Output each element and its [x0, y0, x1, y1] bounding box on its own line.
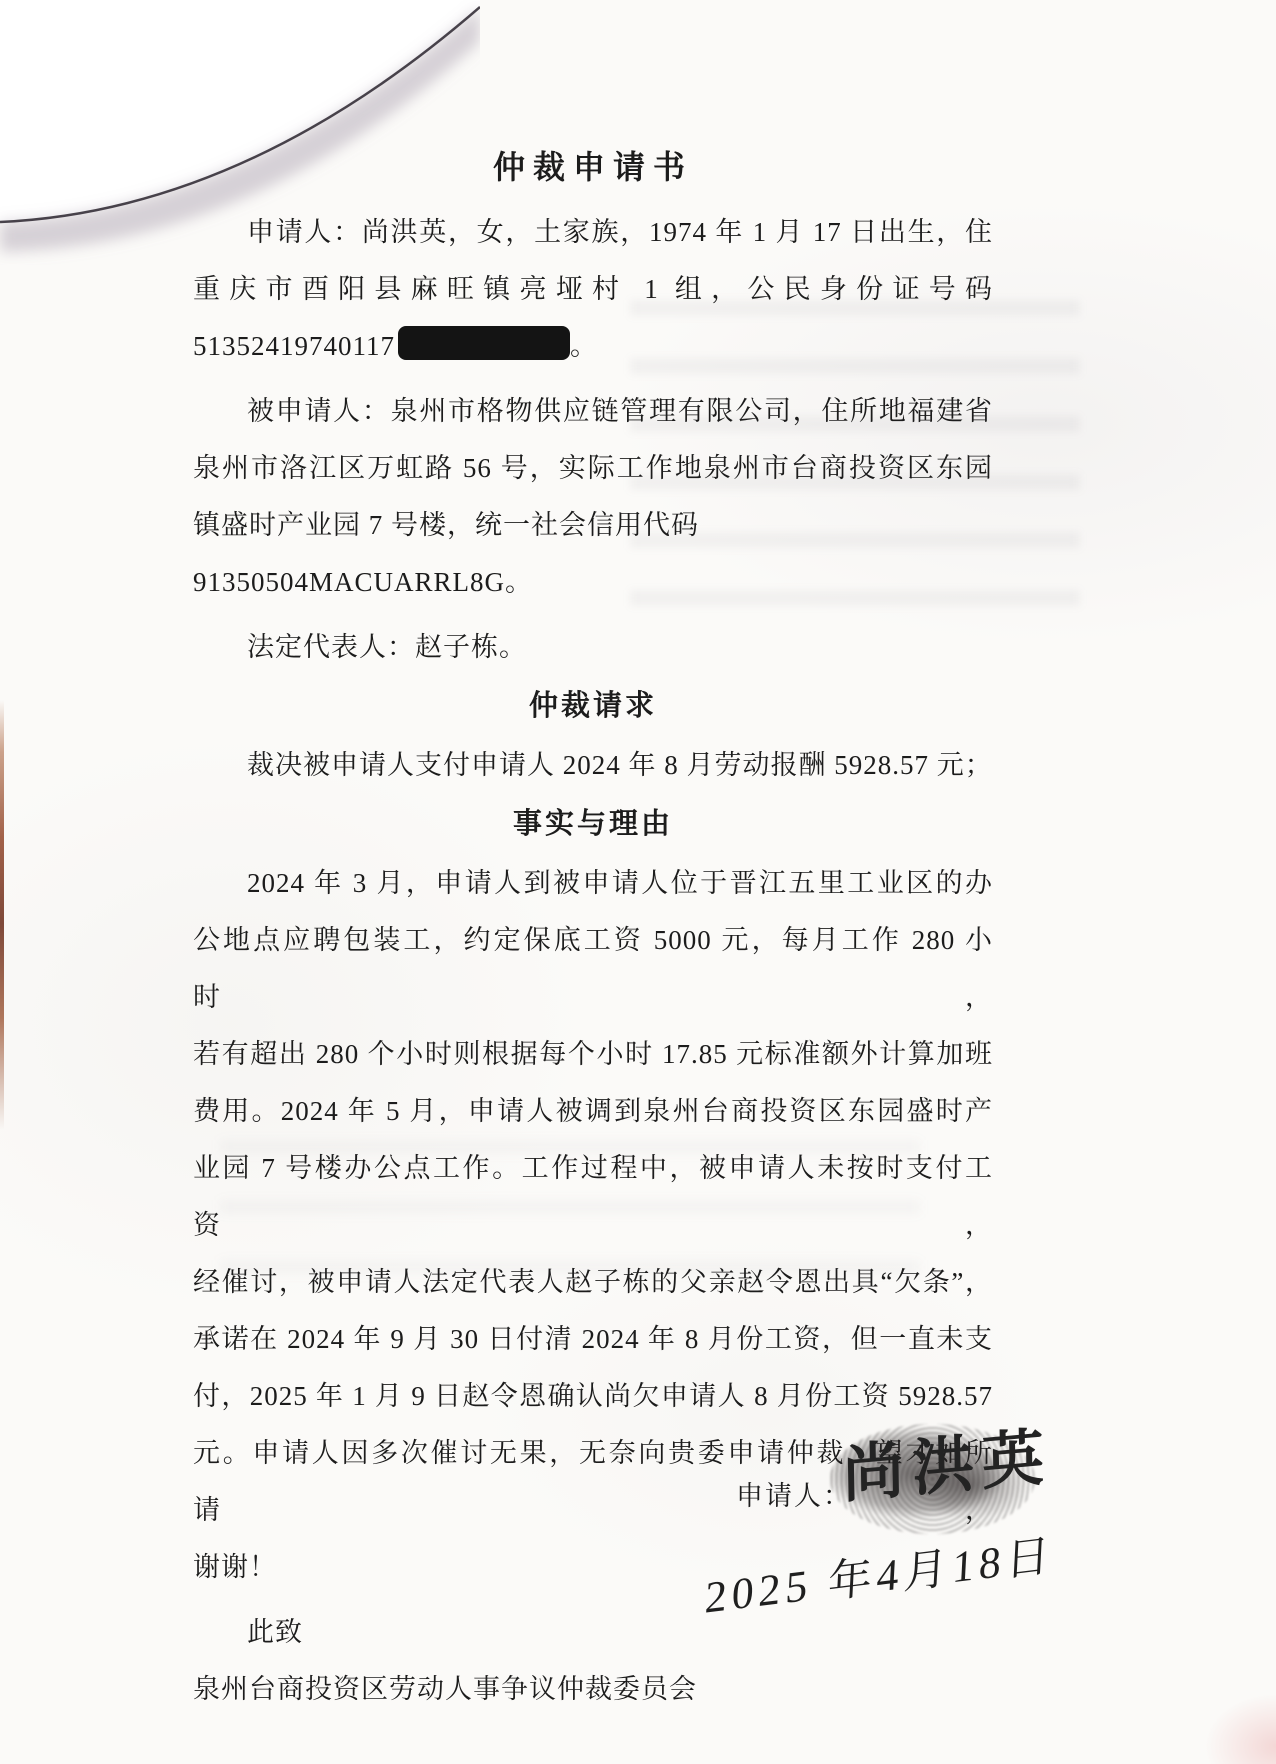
handwritten-signature: 尚洪英 [842, 1407, 1053, 1515]
text-line: 付，2025 年 1 月 9 日赵令恩确认尚欠申请人 8 月份工资 5928.5… [193, 1368, 993, 1425]
redacted-line: 51352419740117。 [193, 318, 993, 375]
text-line: 申请人：尚洪英，女，土家族，1974 年 1 月 17 日出生，住 [193, 204, 993, 261]
page-edge-artifact [0, 700, 4, 1130]
document-title: 仲裁申请书 [193, 142, 993, 192]
scanned-document-page: 仲裁申请书 申请人：尚洪英，女，土家族，1974 年 1 月 17 日出生，住重… [0, 0, 1276, 1764]
handwritten-date: 2025 年4月18日 [704, 1518, 1057, 1626]
text-line: 经催讨，被申请人法定代表人赵子栋的父亲赵令恩出具“欠条”， [193, 1254, 993, 1311]
text-line: 法定代表人：赵子栋。 [193, 619, 993, 676]
section-heading: 事实与理由 [193, 796, 993, 853]
text-line: 承诺在 2024 年 9 月 30 日付清 2024 年 8 月份工资，但一直未… [193, 1311, 993, 1368]
id-number-visible: 51352419740117 [193, 331, 395, 361]
text-line: 被申请人：泉州市格物供应链管理有限公司，住所地福建省 [193, 383, 993, 440]
text-line: 泉州市洛江区万虹路 56 号，实际工作地泉州市台商投资区东园 [193, 440, 993, 497]
line-tail: 。 [570, 331, 598, 361]
section-heading: 仲裁请求 [193, 678, 993, 735]
text-line: 若有超出 280 个小时则根据每个小时 17.85 元标准额外计算加班 [193, 1026, 993, 1083]
text-line: 业园 7 号楼办公点工作。工作过程中，被申请人未按时支付工资， [193, 1140, 993, 1254]
text-line: 重庆市酉阳县麻旺镇亮垭村 1 组，公民身份证号码 [193, 261, 993, 318]
text-line: 2024 年 3 月，申请人到被申请人位于晋江五里工业区的办 [193, 855, 993, 912]
text-line: 费用。2024 年 5 月，申请人被调到泉州台商投资区东园盛时产 [193, 1083, 993, 1140]
text-line: 公地点应聘包装工，约定保底工资 5000 元，每月工作 280 小时， [193, 912, 993, 1026]
text-line: 泉州台商投资区劳动人事争议仲裁委员会 [193, 1661, 993, 1718]
text-line: 镇盛时产业园 7 号楼，统一社会信用代码 91350504MACUARRL8G。 [193, 497, 993, 611]
text-line: 裁决被申请人支付申请人 2024 年 8 月劳动报酬 5928.57 元； [193, 737, 993, 794]
redaction-bar [398, 326, 570, 360]
signature-block: 申请人： 尚洪英 2025 年4月18日 [690, 1422, 1260, 1662]
